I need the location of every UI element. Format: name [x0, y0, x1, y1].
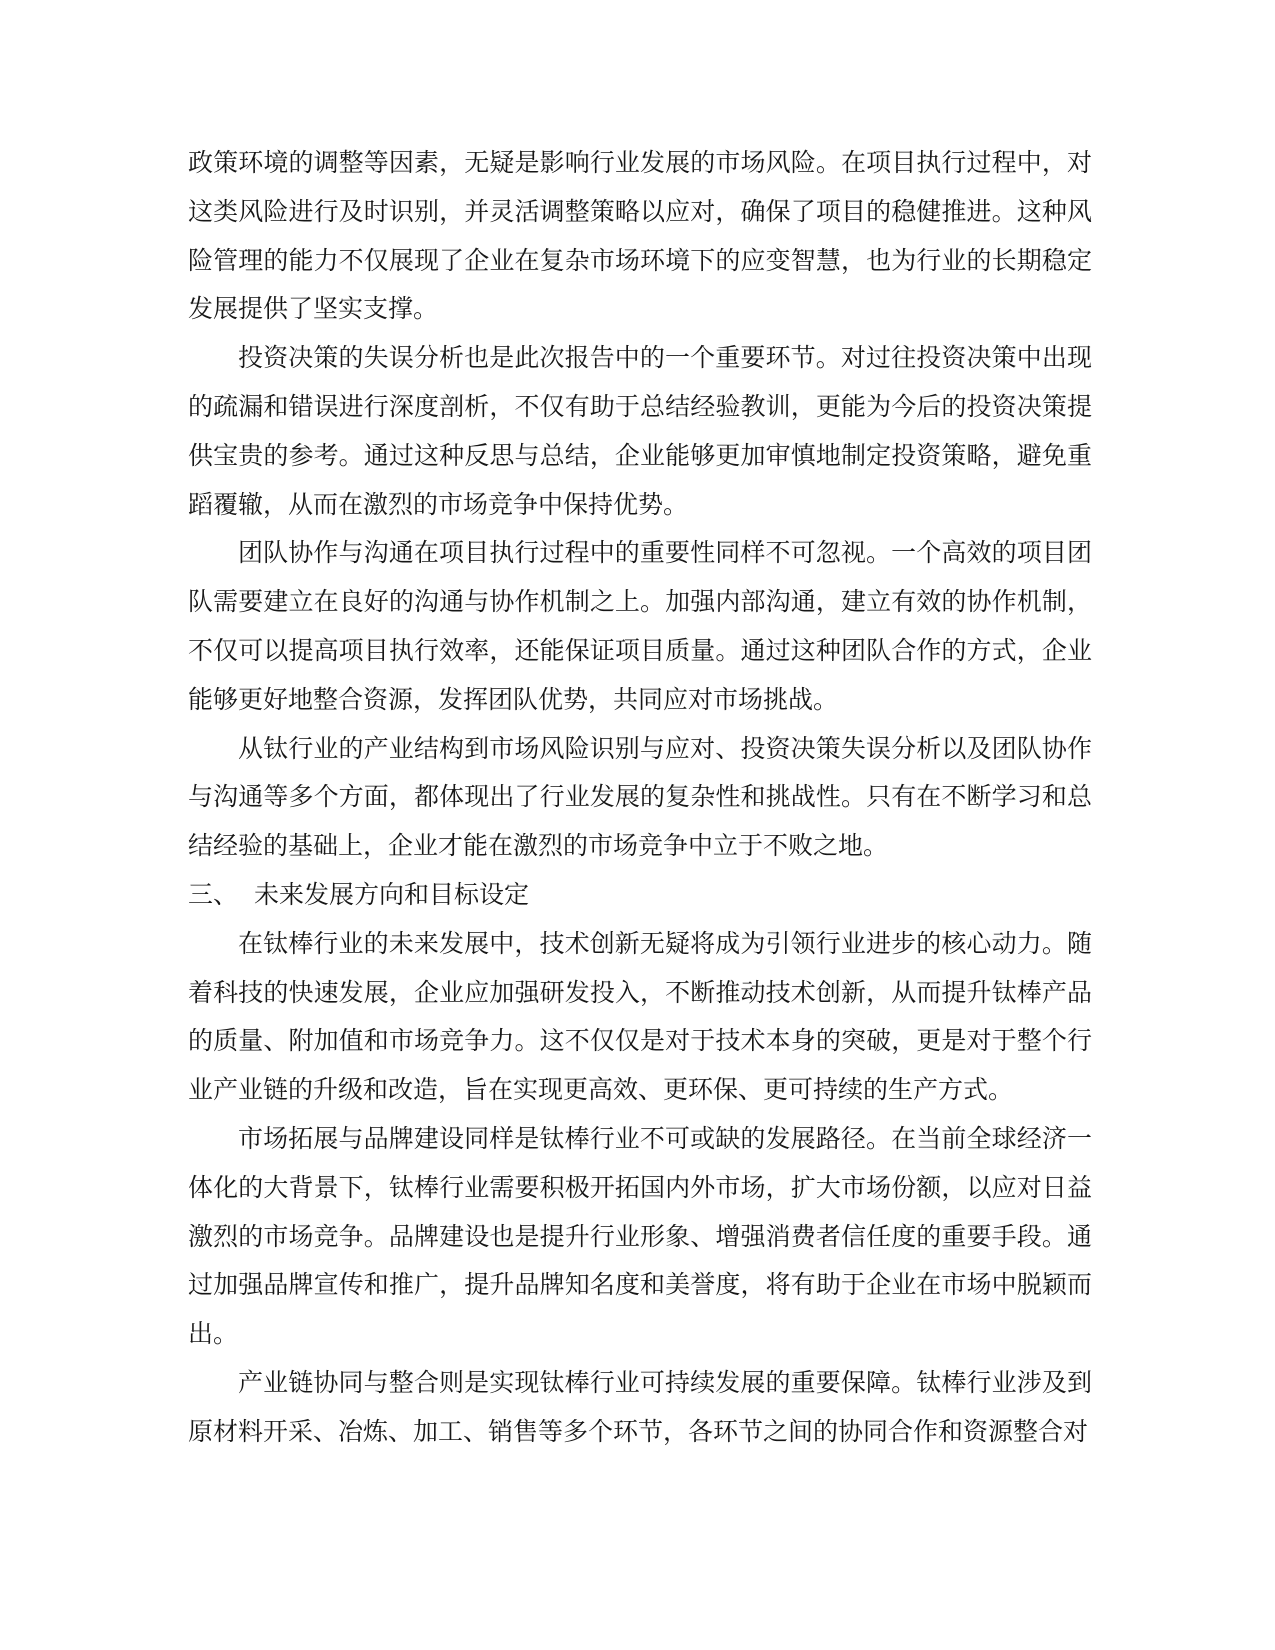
paragraph-investment-decision-analysis: 投资决策的失误分析也是此次报告中的一个重要环节。对过往投资决策中出现的疏漏和错误… — [188, 335, 1092, 530]
paragraph-supply-chain-integration: 产业链协同与整合则是实现钛棒行业可持续发展的重要保障。钛棒行业涉及到原材料开采、… — [188, 1360, 1092, 1458]
document-page: 政策环境的调整等因素，无疑是影响行业发展的市场风险。在项目执行过程中，对这类风险… — [0, 0, 1275, 1650]
section-heading-number: 三、 — [188, 872, 238, 921]
paragraph-team-collaboration: 团队协作与沟通在项目执行过程中的重要性同样不可忽视。一个高效的项目团队需要建立在… — [188, 530, 1092, 725]
section-heading: 三、未来发展方向和目标设定 — [188, 872, 1092, 921]
paragraph-market-brand-building: 市场拓展与品牌建设同样是钛棒行业不可或缺的发展路径。在当前全球经济一体化的大背景… — [188, 1116, 1092, 1360]
paragraph-industry-summary: 从钛行业的产业结构到市场风险识别与应对、投资决策失误分析以及团队协作与沟通等多个… — [188, 726, 1092, 872]
paragraph-risk-management: 政策环境的调整等因素，无疑是影响行业发展的市场风险。在项目执行过程中，对这类风险… — [188, 140, 1092, 335]
paragraph-tech-innovation: 在钛棒行业的未来发展中，技术创新无疑将成为引领行业进步的核心动力。随着科技的快速… — [188, 921, 1092, 1116]
section-heading-label: 未来发展方向和目标设定 — [254, 882, 529, 909]
